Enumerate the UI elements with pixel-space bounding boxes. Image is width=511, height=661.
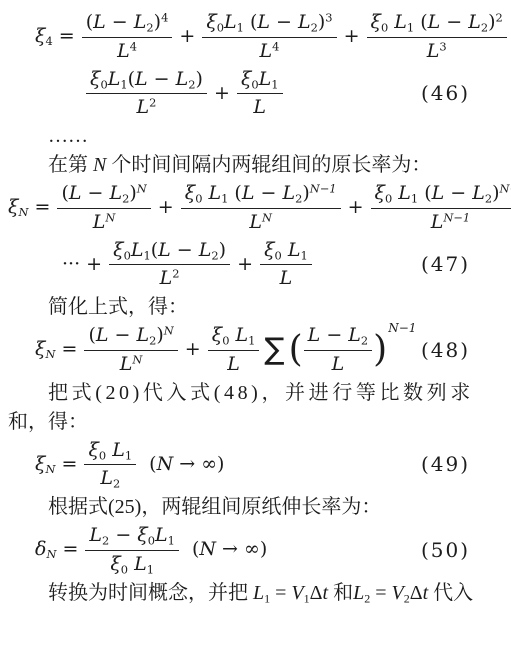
math-variable: ξ: [88, 439, 98, 461]
math-variable: L: [209, 182, 222, 204]
superscript: 4: [272, 39, 279, 53]
math-variable: ξ: [35, 452, 45, 474]
superscript: N−1: [310, 182, 337, 196]
p-according: 根据式(25)，两辊组间原纸伸长率为：: [48, 494, 503, 520]
subscript: 0: [100, 77, 107, 91]
subscript: 2: [113, 477, 120, 491]
math-text: (: [228, 182, 241, 204]
math-text: −: [440, 11, 468, 33]
fraction: ξ0 L1L2: [84, 438, 136, 492]
math-variable: ξ: [264, 239, 274, 261]
math-text: ): [156, 324, 163, 346]
math-text: =: [55, 452, 83, 474]
p-interval: 在第 N 个时间间隔内两辊组间的原长率为：: [48, 152, 503, 178]
math-text: (: [244, 11, 257, 33]
denominator: L: [208, 351, 260, 377]
superscript: N: [164, 324, 174, 338]
math-variable: L: [236, 324, 249, 346]
superscript: N−2: [500, 182, 511, 196]
numerator: (L − L2)N: [57, 181, 150, 209]
math-variable: L: [259, 68, 272, 90]
equation-body: ξN = (L − L2)NLN + ξ0 L1L∑(L − L2L)N−1: [35, 323, 416, 377]
subscript: 1: [271, 77, 278, 91]
math-text: +: [179, 338, 207, 360]
equation-number: (49): [421, 452, 470, 476]
math-variable: L: [100, 467, 113, 489]
superscript: N−1: [443, 210, 470, 224]
math-variable: L: [432, 182, 445, 204]
math-text: ): [219, 239, 226, 261]
math-variable: N: [93, 154, 106, 176]
math-text: ): [129, 182, 136, 204]
math-variable: ξ: [110, 553, 120, 575]
math-variable: ξ: [35, 25, 45, 47]
equation-body: ξ0L1(L − L2)L2 + ξ0L1L: [85, 67, 284, 121]
subscript: 2: [211, 248, 218, 262]
equation-50: δN = L2 − ξ0L1ξ0 L1 (N → ∞)(50): [0, 523, 511, 577]
math-variable: ξ: [35, 338, 45, 360]
math-variable: V: [291, 582, 303, 604]
denominator: L: [237, 94, 283, 120]
math-text: 个时间间隔内两辊组间的原长率为：: [106, 154, 431, 176]
math-variable: L: [431, 211, 444, 233]
math-variable: L: [249, 211, 262, 233]
math-text: (: [128, 68, 135, 90]
subscript: N: [18, 205, 28, 219]
math-text: ……: [48, 125, 88, 147]
equation-number: (46): [421, 81, 470, 105]
math-variable: ξ: [137, 524, 147, 546]
math-variable: ξ: [185, 182, 195, 204]
denominator: LN: [181, 209, 341, 235]
math-variable: L: [120, 353, 133, 375]
subscript: N: [46, 547, 56, 561]
subscript: 4: [45, 34, 52, 48]
math-text: ): [154, 11, 161, 33]
numerator: ξ0 L1 (L − L2)N−1: [181, 181, 341, 209]
math-text: 在第: [48, 154, 93, 176]
math-text: (: [88, 324, 95, 346]
superscript: N: [262, 210, 272, 224]
open-paren-icon: (: [289, 332, 303, 368]
math-text: Δ: [410, 582, 423, 604]
math-text: 和，得：: [8, 411, 88, 433]
denominator: L: [304, 351, 373, 377]
math-text: −: [81, 182, 109, 204]
math-text: −: [320, 324, 348, 346]
numerator: ξ0 L1: [260, 238, 312, 266]
superscript: 4: [161, 11, 168, 25]
equation-line: ξN = ξ0 L1L2 (N → ∞)(49): [0, 438, 511, 492]
math-text: (: [418, 182, 431, 204]
denominator: L4: [82, 38, 173, 64]
equation-49: ξN = ξ0 L1L2 (N → ∞)(49): [0, 438, 511, 492]
math-variable: L: [224, 11, 237, 33]
math-variable: L: [242, 182, 255, 204]
math-text: −: [171, 239, 199, 261]
fraction: ξ0L1(L − L2)L2: [109, 238, 230, 292]
subscript: 1: [237, 20, 244, 34]
equation-body: ξ4 = (L − L2)4L4 + ξ0L1 (L − L2)3L4 + ξ0…: [35, 10, 511, 64]
math-text: (: [414, 11, 427, 33]
numerator: ξ0L1(L − L2): [86, 67, 207, 95]
numerator: ξ0L1: [237, 67, 283, 95]
fraction: ξ0 L1 (L − L2)2L3: [367, 10, 507, 64]
math-text: −: [108, 324, 136, 346]
math-text: 根据式(25)，两辊组间原纸伸长率为：: [48, 496, 381, 518]
math-text: −: [148, 68, 176, 90]
numerator: ξ0 L1: [208, 323, 260, 351]
subscript: N: [45, 462, 55, 476]
math-text: =: [370, 582, 391, 604]
numerator: ξ0L1(L − L2): [109, 238, 230, 266]
subscript: N: [45, 347, 55, 361]
math-variable: L: [93, 11, 106, 33]
subscript: 1: [300, 248, 307, 262]
math-text: −: [109, 524, 137, 546]
denominator: ξ0 L1: [85, 551, 178, 577]
math-variable: L: [117, 40, 130, 62]
math-text: −: [106, 11, 134, 33]
math-text: +: [173, 25, 201, 47]
math-variable: ξ: [206, 11, 216, 33]
p-convert: 转换为时间概念，并把 L1 = V1Δt 和L2 = V2Δt 代入: [48, 580, 503, 606]
equation-line: ξN = (L − L2)NLN + ξ0 L1L∑(L − L2L)N−1(4…: [0, 323, 511, 377]
math-variable: L: [280, 267, 293, 289]
math-variable: ξ: [241, 68, 251, 90]
math-text: (: [61, 182, 68, 204]
math-variable: L: [428, 11, 441, 33]
equation-line: ξN = (L − L2)NLN + ξ0 L1 (L − L2)N−1LN +…: [0, 181, 511, 235]
math-variable: ξ: [371, 11, 381, 33]
math-variable: ξ: [212, 324, 222, 346]
math-variable: L: [108, 68, 121, 90]
fraction: ξ0L1L: [237, 67, 283, 121]
subscript: 2: [146, 20, 153, 34]
math-text: ): [196, 68, 203, 90]
math-text: (: [180, 538, 200, 560]
fraction: (L − L2)NLN: [57, 181, 150, 235]
math-variable: L: [227, 353, 240, 375]
math-variable: L: [137, 96, 150, 118]
equation-line: δN = L2 − ξ0L1ξ0 L1 (N → ∞)(50): [0, 523, 511, 577]
math-variable: L: [135, 68, 148, 90]
close-paren-icon: ): [373, 332, 387, 368]
superscript: 2: [149, 96, 156, 110]
paren-group: (L − L2L)N−1: [289, 323, 417, 377]
subscript: 1: [125, 448, 132, 462]
equation-line: ξ0L1(L − L2)L2 + ξ0L1L(46): [0, 67, 511, 121]
fraction: (L − L2)4L4: [82, 10, 173, 64]
subscript: 1: [143, 248, 150, 262]
math-variable: L: [398, 182, 411, 204]
denominator: L2: [84, 465, 136, 491]
denominator: LN−1: [371, 209, 511, 235]
math-variable: L: [468, 11, 481, 33]
subscript: 0: [275, 248, 282, 262]
subscript: 2: [311, 20, 318, 34]
math-variable: L: [332, 353, 345, 375]
summation-icon: ∑: [264, 332, 284, 367]
superscript: N: [132, 352, 142, 366]
numerator: ξ0L1 (L − L2)3: [202, 10, 336, 38]
math-text: +: [208, 81, 236, 103]
equation-47: ξN = (L − L2)NLN + ξ0 L1 (L − L2)N−1LN +…: [0, 181, 511, 291]
equation-body: ξN = ξ0 L1L2 (N → ∞): [35, 438, 224, 492]
equation-48: ξN = (L − L2)NLN + ξ0 L1L∑(L − L2L)N−1(4…: [0, 323, 511, 377]
p-sum-get: 和，得：: [8, 409, 503, 435]
subscript: 0: [148, 533, 155, 547]
math-variable: L: [96, 324, 109, 346]
math-text: +: [152, 196, 180, 218]
equation-number: (48): [421, 338, 470, 362]
subscript: 2: [361, 333, 368, 347]
equation-body: ··· + ξ0L1(L − L2)L2 + ξ0 L1L: [62, 238, 313, 292]
denominator: LN: [57, 209, 150, 235]
numerator: ξ0 L1 (L − L2)N−2: [371, 181, 511, 209]
fraction: ξ0 L1 (L − L2)N−1LN: [181, 181, 341, 235]
equation-line: ξ4 = (L − L2)4L4 + ξ0L1 (L − L2)3L4 + ξ0…: [0, 10, 511, 64]
math-text: → ∞): [216, 538, 267, 560]
math-variable: L: [136, 324, 149, 346]
math-text: =: [56, 538, 84, 560]
math-variable: L: [134, 553, 147, 575]
math-text: +: [231, 252, 259, 274]
fraction: ξ0 L1L: [260, 238, 312, 292]
math-text: 代入: [428, 582, 473, 604]
p-dots: ……: [48, 123, 503, 149]
math-variable: L: [298, 11, 311, 33]
math-variable: L: [288, 239, 301, 261]
math-variable: L: [257, 11, 270, 33]
equation-body: δN = L2 − ξ0L1ξ0 L1 (N → ∞): [35, 523, 267, 577]
math-text: ): [488, 11, 495, 33]
math-text: (: [137, 452, 157, 474]
document-page: ξ4 = (L − L2)4L4 + ξ0L1 (L − L2)3L4 + ξ0…: [0, 0, 511, 661]
math-variable: N: [199, 538, 216, 560]
superscript: 3: [439, 39, 446, 53]
equation-46: ξ4 = (L − L2)4L4 + ξ0L1 (L − L2)3L4 + ξ0…: [0, 10, 511, 120]
fraction: ξ0L1(L − L2)L2: [86, 67, 207, 121]
group-exponent: N−1: [388, 321, 416, 335]
math-variable: L: [199, 239, 212, 261]
fraction: ξ0 L1 (L − L2)N−2LN−1: [371, 181, 511, 235]
math-text: 转换为时间概念，并把: [48, 582, 253, 604]
subscript: 1: [248, 333, 255, 347]
math-variable: L: [253, 582, 264, 604]
math-variable: L: [348, 324, 361, 346]
math-variable: δ: [35, 538, 46, 560]
math-text: 简化上式，得：: [48, 296, 188, 318]
numerator: L2 − ξ0L1: [85, 523, 178, 551]
subscript: 2: [188, 77, 195, 91]
p-substitute: 把式(20)代入式(48)，并进行等比数列求: [48, 380, 509, 406]
math-text: 和: [328, 582, 353, 604]
subscript: 0: [251, 77, 258, 91]
numerator: (L − L2)N: [84, 323, 177, 351]
math-variable: L: [69, 182, 82, 204]
math-variable: L: [394, 11, 407, 33]
numerator: ξ0 L1: [84, 438, 136, 466]
math-text: −: [444, 182, 472, 204]
fraction: (L − L2)NLN: [84, 323, 177, 377]
math-text: =: [28, 196, 56, 218]
math-variable: L: [282, 182, 295, 204]
fraction: ξ0L1 (L − L2)3L4: [202, 10, 336, 64]
equation-body: ξN = (L − L2)NLN + ξ0 L1 (L − L2)N−1LN +…: [8, 181, 511, 235]
p-simplify: 简化上式，得：: [48, 294, 503, 320]
math-text: 把式(20)代入式(48)，并进行等比数列求: [48, 382, 474, 404]
fraction: L − L2L: [304, 323, 373, 377]
math-variable: L: [158, 239, 171, 261]
math-variable: L: [253, 96, 266, 118]
math-text: Δ: [310, 582, 323, 604]
math-variable: L: [353, 582, 364, 604]
math-variable: L: [427, 40, 440, 62]
denominator: L: [260, 265, 312, 291]
math-text: ··· +: [62, 252, 108, 274]
math-text: +: [342, 196, 370, 218]
math-variable: L: [308, 324, 321, 346]
math-text: −: [270, 11, 298, 33]
math-text: → ∞): [173, 452, 224, 474]
math-variable: ξ: [375, 182, 385, 204]
numerator: L − L2: [304, 323, 373, 351]
fraction: ξ0 L1L: [208, 323, 260, 377]
denominator: LN: [84, 351, 177, 377]
superscript: N: [137, 182, 147, 196]
math-variable: L: [89, 524, 102, 546]
math-variable: L: [134, 11, 147, 33]
math-variable: ξ: [8, 196, 18, 218]
math-variable: N: [157, 452, 174, 474]
subscript: 1: [168, 533, 175, 547]
equation-number: (50): [421, 538, 470, 562]
fraction: L2 − ξ0L1ξ0 L1: [85, 523, 178, 577]
superscript: 2: [496, 11, 503, 25]
subscript: 1: [120, 77, 127, 91]
numerator: (L − L2)4: [82, 10, 173, 38]
superscript: 4: [130, 39, 137, 53]
denominator: L2: [109, 265, 230, 291]
math-text: =: [55, 338, 83, 360]
superscript: 3: [325, 11, 332, 25]
math-variable: L: [131, 239, 144, 261]
math-text: =: [53, 25, 81, 47]
math-variable: ξ: [113, 239, 123, 261]
subscript: 0: [217, 20, 224, 34]
math-text: ): [492, 182, 499, 204]
math-text: ): [302, 182, 309, 204]
math-variable: ξ: [90, 68, 100, 90]
subscript: 1: [147, 562, 154, 576]
math-variable: L: [155, 524, 168, 546]
paren-inner: L − L2L: [303, 323, 374, 377]
math-variable: L: [93, 211, 106, 233]
math-text: =: [270, 582, 291, 604]
math-variable: L: [176, 68, 189, 90]
math-variable: L: [160, 267, 173, 289]
superscript: 2: [172, 267, 179, 281]
denominator: L4: [202, 38, 336, 64]
math-text: +: [338, 25, 366, 47]
numerator: ξ0 L1 (L − L2)2: [367, 10, 507, 38]
equation-number: (47): [421, 252, 470, 276]
subscript: 0: [124, 248, 131, 262]
math-variable: V: [391, 582, 403, 604]
math-variable: L: [112, 439, 125, 461]
denominator: L3: [367, 38, 507, 64]
superscript: N: [105, 210, 115, 224]
math-variable: L: [472, 182, 485, 204]
equation-line: ··· + ξ0L1(L − L2)L2 + ξ0 L1L(47): [0, 238, 511, 292]
math-text: −: [254, 182, 282, 204]
denominator: L2: [86, 94, 207, 120]
math-variable: L: [259, 40, 272, 62]
subscript: 0: [121, 562, 128, 576]
math-variable: L: [109, 182, 122, 204]
